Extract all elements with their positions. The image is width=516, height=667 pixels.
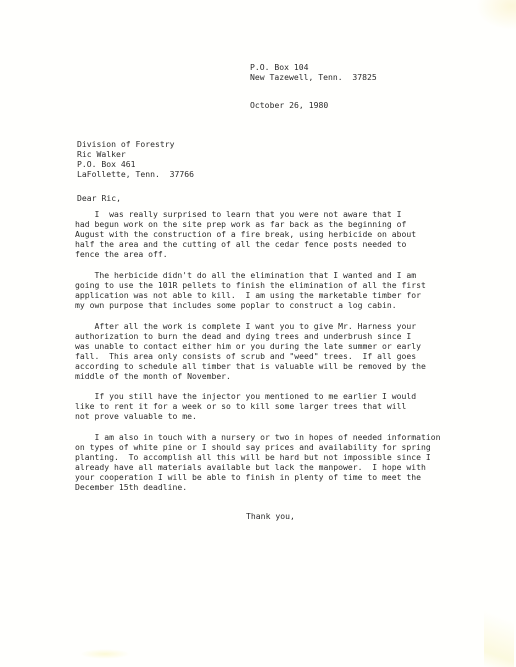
paper-stain [476,0,516,30]
paragraph-line: on types of white pine or I should say p… [75,442,495,452]
letter-date: October 26, 1980 [250,100,328,110]
paragraph-line: was unable to contact either him or you … [75,341,495,351]
sender-address-line: P.O. Box 104 [250,62,377,72]
closing: Thank you, [246,511,295,521]
paragraph-line: middle of the month of November. [75,371,495,381]
recipient-address-line: Ric Walker [77,149,194,159]
body-paragraph: The herbicide didn't do all the eliminat… [75,270,495,310]
paragraph-line: like to rent it for a week or so to kill… [75,401,495,411]
paragraph-line: already have all materials available but… [75,462,495,472]
body-paragraph: If you still have the injector you menti… [75,391,495,421]
paragraph-line: application was not able to kill. I am u… [75,290,495,300]
paragraph-line: going to use the 101R pellets to finish … [75,280,495,290]
paragraph-line: according to schedule all timber that is… [75,361,495,371]
paragraph-line: had begun work on the site prep work as … [75,219,495,229]
paragraph-line: August with the construction of a fire b… [75,229,495,239]
paragraph-line: If you still have the injector you menti… [75,391,495,401]
paragraph-line: your cooperation I will be able to finis… [75,472,495,482]
recipient-address-line: P.O. Box 461 [77,159,194,169]
body-paragraph: After all the work is complete I want yo… [75,321,495,382]
paragraph-line: not prove valuable to me. [75,411,495,421]
recipient-address-line: Division of Forestry [77,139,194,149]
paragraph-line: authorization to burn the dead and dying… [75,331,495,341]
paper-stain [484,597,514,667]
paragraph-line: fence the area off. [75,249,495,259]
body-paragraph: I am also in touch with a nursery or two… [75,432,495,493]
body-paragraph: I was really surprised to learn that you… [75,209,495,259]
paragraph-line: I was really surprised to learn that you… [75,209,495,219]
paragraph-line: half the area and the cutting of all the… [75,239,495,249]
recipient-address-line: LaFollette, Tenn. 37766 [77,169,194,179]
paragraph-line: I am also in touch with a nursery or two… [75,432,495,442]
paper-stain [80,649,130,659]
salutation: Dear Ric, [77,193,121,203]
paragraph-line: December 15th deadline. [75,482,495,492]
recipient-address: Division of Forestry Ric Walker P.O. Box… [77,139,194,179]
paragraph-line: After all the work is complete I want yo… [75,321,495,331]
letter-page: P.O. Box 104 New Tazewell, Tenn. 37825 O… [0,0,516,667]
paragraph-line: my own purpose that includes some poplar… [75,300,495,310]
paragraph-line: fall. This area only consists of scrub a… [75,351,495,361]
sender-address: P.O. Box 104 New Tazewell, Tenn. 37825 [250,62,377,82]
sender-address-line: New Tazewell, Tenn. 37825 [250,72,377,82]
paragraph-line: planting. To accomplish all this will be… [75,452,495,462]
paragraph-line: The herbicide didn't do all the eliminat… [75,270,495,280]
